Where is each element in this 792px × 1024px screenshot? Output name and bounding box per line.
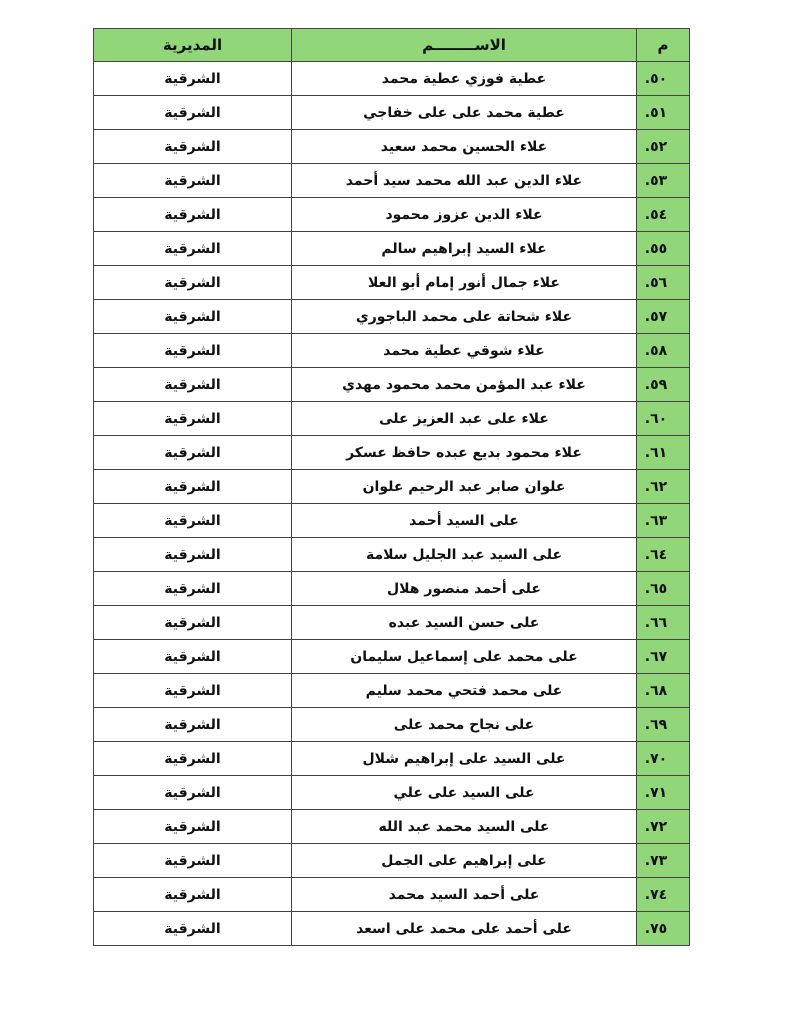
row-name: علاء الدين عزوز محمود xyxy=(292,198,637,232)
row-name: علاء الدين عبد الله محمد سيد أحمد xyxy=(292,164,637,198)
row-name: على حسن السيد عبده xyxy=(292,606,637,640)
row-name: علاء عبد المؤمن محمد محمود مهدي xyxy=(292,368,637,402)
row-name: على أحمد منصور هلال xyxy=(292,572,637,606)
row-district: الشرقية xyxy=(94,62,292,96)
table-body: ٥٠.عطية فوزي عطية محمدالشرقية٥١.عطية محم… xyxy=(94,62,690,946)
row-number: ٦٩. xyxy=(637,708,690,742)
row-district: الشرقية xyxy=(94,164,292,198)
row-name: على السيد على علي xyxy=(292,776,637,810)
table-row: ٧٢.على السيد محمد عبد اللهالشرقية xyxy=(94,810,690,844)
table-row: ٥٢.علاء الحسين محمد سعيدالشرقية xyxy=(94,130,690,164)
row-number: ٥٤. xyxy=(637,198,690,232)
row-number: ٥٦. xyxy=(637,266,690,300)
row-district: الشرقية xyxy=(94,640,292,674)
row-number: ٦٣. xyxy=(637,504,690,538)
table-row: ٥١.عطية محمد على على خفاجيالشرقية xyxy=(94,96,690,130)
row-name: على السيد على إبراهيم شلال xyxy=(292,742,637,776)
header-name: الاســــــــم xyxy=(292,29,637,62)
table-row: ٦٣.على السيد أحمدالشرقية xyxy=(94,504,690,538)
row-name: على محمد فتحي محمد سليم xyxy=(292,674,637,708)
row-number: ٦٤. xyxy=(637,538,690,572)
header-row: م الاســــــــم المديرية xyxy=(94,29,690,62)
table-row: ٥٥.علاء السيد إبراهيم سالمالشرقية xyxy=(94,232,690,266)
row-district: الشرقية xyxy=(94,300,292,334)
header-number: م xyxy=(637,29,690,62)
row-district: الشرقية xyxy=(94,470,292,504)
table-header: م الاســــــــم المديرية xyxy=(94,29,690,62)
table-row: ٦٨.على محمد فتحي محمد سليمالشرقية xyxy=(94,674,690,708)
row-number: ٥٩. xyxy=(637,368,690,402)
table-row: ٥٠.عطية فوزي عطية محمدالشرقية xyxy=(94,62,690,96)
table-row: ٥٣.علاء الدين عبد الله محمد سيد أحمدالشر… xyxy=(94,164,690,198)
row-name: على أحمد السيد محمد xyxy=(292,878,637,912)
row-district: الشرقية xyxy=(94,130,292,164)
row-district: الشرقية xyxy=(94,436,292,470)
row-number: ٥٢. xyxy=(637,130,690,164)
row-name: علوان صابر عبد الرحيم علوان xyxy=(292,470,637,504)
table-row: ٦٢.علوان صابر عبد الرحيم علوانالشرقية xyxy=(94,470,690,504)
row-number: ٧٣. xyxy=(637,844,690,878)
row-district: الشرقية xyxy=(94,742,292,776)
table-row: ٥٤.علاء الدين عزوز محمودالشرقية xyxy=(94,198,690,232)
table-row: ٦٦.على حسن السيد عبدهالشرقية xyxy=(94,606,690,640)
row-number: ٥٧. xyxy=(637,300,690,334)
table-row: ٧٣.على إبراهيم على الجملالشرقية xyxy=(94,844,690,878)
document-page: م الاســــــــم المديرية ٥٠.عطية فوزي عط… xyxy=(93,28,689,946)
row-district: الشرقية xyxy=(94,198,292,232)
table-row: ٧٠.على السيد على إبراهيم شلالالشرقية xyxy=(94,742,690,776)
row-name: علاء شوقي عطية محمد xyxy=(292,334,637,368)
row-name: علاء جمال أنور إمام أبو العلا xyxy=(292,266,637,300)
row-name: على السيد عبد الجليل سلامة xyxy=(292,538,637,572)
row-number: ٥١. xyxy=(637,96,690,130)
row-district: الشرقية xyxy=(94,538,292,572)
row-name: علاء الحسين محمد سعيد xyxy=(292,130,637,164)
table-row: ٥٧.علاء شحاتة على محمد الباجوريالشرقية xyxy=(94,300,690,334)
row-district: الشرقية xyxy=(94,606,292,640)
table-row: ٦١.علاء محمود بديع عبده حافظ عسكرالشرقية xyxy=(94,436,690,470)
row-number: ٦٨. xyxy=(637,674,690,708)
row-district: الشرقية xyxy=(94,334,292,368)
roster-table: م الاســــــــم المديرية ٥٠.عطية فوزي عط… xyxy=(93,28,690,946)
row-name: عطية فوزي عطية محمد xyxy=(292,62,637,96)
row-district: الشرقية xyxy=(94,708,292,742)
row-number: ٦٢. xyxy=(637,470,690,504)
row-district: الشرقية xyxy=(94,232,292,266)
table-row: ٧٤.على أحمد السيد محمدالشرقية xyxy=(94,878,690,912)
row-number: ٦١. xyxy=(637,436,690,470)
row-district: الشرقية xyxy=(94,776,292,810)
row-district: الشرقية xyxy=(94,674,292,708)
row-district: الشرقية xyxy=(94,266,292,300)
table-row: ٦٩.على نجاح محمد علىالشرقية xyxy=(94,708,690,742)
row-number: ٥٨. xyxy=(637,334,690,368)
row-number: ٥٣. xyxy=(637,164,690,198)
row-name: على أحمد على محمد على اسعد xyxy=(292,912,637,946)
row-number: ٥٠. xyxy=(637,62,690,96)
header-district: المديرية xyxy=(94,29,292,62)
row-number: ٧٠. xyxy=(637,742,690,776)
row-number: ٧٢. xyxy=(637,810,690,844)
row-district: الشرقية xyxy=(94,504,292,538)
row-number: ٦٥. xyxy=(637,572,690,606)
row-district: الشرقية xyxy=(94,572,292,606)
table-row: ٦٤.على السيد عبد الجليل سلامةالشرقية xyxy=(94,538,690,572)
row-number: ٦٧. xyxy=(637,640,690,674)
row-name: عطية محمد على على خفاجي xyxy=(292,96,637,130)
row-number: ٧١. xyxy=(637,776,690,810)
row-district: الشرقية xyxy=(94,912,292,946)
row-name: علاء على عبد العزيز على xyxy=(292,402,637,436)
table-row: ٧٥.على أحمد على محمد على اسعدالشرقية xyxy=(94,912,690,946)
table-row: ٥٩.علاء عبد المؤمن محمد محمود مهديالشرقي… xyxy=(94,368,690,402)
row-number: ٧٥. xyxy=(637,912,690,946)
row-number: ٦٠. xyxy=(637,402,690,436)
row-name: على السيد أحمد xyxy=(292,504,637,538)
table-row: ٥٦.علاء جمال أنور إمام أبو العلاالشرقية xyxy=(94,266,690,300)
row-name: على السيد محمد عبد الله xyxy=(292,810,637,844)
row-name: علاء محمود بديع عبده حافظ عسكر xyxy=(292,436,637,470)
row-number: ٧٤. xyxy=(637,878,690,912)
row-name: على نجاح محمد على xyxy=(292,708,637,742)
row-district: الشرقية xyxy=(94,402,292,436)
table-row: ٦٥.على أحمد منصور هلالالشرقية xyxy=(94,572,690,606)
row-name: على محمد على إسماعيل سليمان xyxy=(292,640,637,674)
table-row: ٦٧.على محمد على إسماعيل سليمانالشرقية xyxy=(94,640,690,674)
table-row: ٧١.على السيد على عليالشرقية xyxy=(94,776,690,810)
row-name: على إبراهيم على الجمل xyxy=(292,844,637,878)
row-district: الشرقية xyxy=(94,96,292,130)
row-district: الشرقية xyxy=(94,810,292,844)
row-number: ٦٦. xyxy=(637,606,690,640)
row-district: الشرقية xyxy=(94,368,292,402)
table-row: ٦٠.علاء على عبد العزيز علىالشرقية xyxy=(94,402,690,436)
row-district: الشرقية xyxy=(94,878,292,912)
row-district: الشرقية xyxy=(94,844,292,878)
table-row: ٥٨.علاء شوقي عطية محمدالشرقية xyxy=(94,334,690,368)
row-number: ٥٥. xyxy=(637,232,690,266)
row-name: علاء السيد إبراهيم سالم xyxy=(292,232,637,266)
row-name: علاء شحاتة على محمد الباجوري xyxy=(292,300,637,334)
